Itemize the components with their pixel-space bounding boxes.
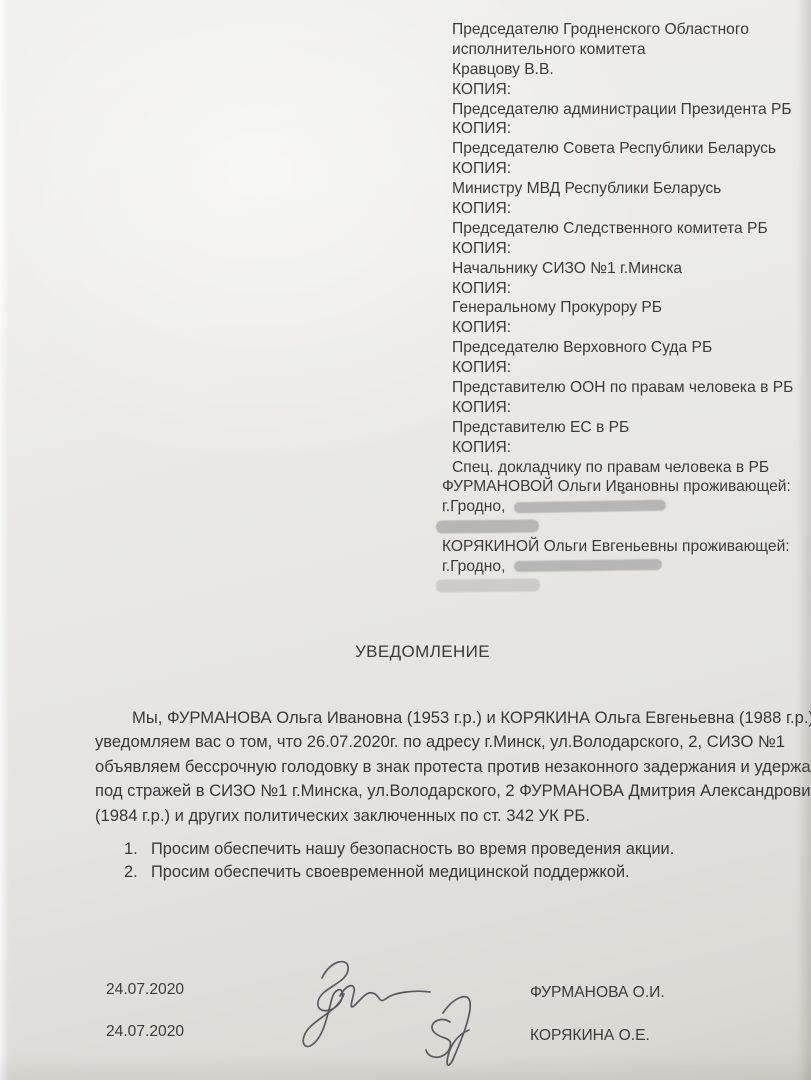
copy-label: КОПИЯ: [452, 358, 793, 378]
request-list: 1.Просим обеспечить нашу безопасность во… [124, 838, 674, 884]
address-line: Представителю ЕС в РБ [452, 418, 793, 438]
address-line: Председателю Следственного комитета РБ [452, 219, 793, 239]
redaction-bar [436, 519, 539, 533]
address-line: Председателю администрации Президента РБ [452, 100, 793, 120]
document-title: УВЕДОМЛЕНИЕ [17, 642, 811, 662]
declarant-city-line: г.Гродно, [442, 557, 793, 577]
copy-label: КОПИЯ: [452, 159, 793, 179]
city-label: г.Гродно, [442, 498, 505, 515]
address-line: Генеральному Прокурору РБ [452, 298, 793, 318]
copy-label: КОПИЯ: [452, 239, 793, 259]
address-line: Спец. докладчику по правам человека в РБ [452, 458, 793, 478]
redacted-address-line [442, 577, 793, 597]
signatory-name: КОРЯКИНА О.Е. [530, 1027, 650, 1045]
ink-speck [621, 491, 625, 494]
body-line: (1984 г.р.) и других политических заключ… [95, 804, 795, 828]
signature-date: 24.07.2020 [106, 1023, 184, 1041]
copy-label: КОПИЯ: [452, 80, 793, 100]
copy-label: КОПИЯ: [452, 279, 793, 299]
body-line: Мы, ФУРМАНОВА Ольга Ивановна (1953 г.р.)… [95, 706, 795, 730]
signatory-name: ФУРМАНОВА О.И. [530, 984, 665, 1002]
address-line: Министру МВД Республики Беларусь [452, 179, 793, 199]
copy-label: КОПИЯ: [452, 438, 793, 458]
list-item: 1.Просим обеспечить нашу безопасность во… [124, 838, 674, 861]
address-line: исполнительного комитета [452, 40, 793, 60]
redaction-bar [436, 579, 540, 593]
list-text: Просим обеспечить нашу безопасность во в… [151, 840, 674, 858]
copy-label: КОПИЯ: [452, 318, 793, 338]
body-line: под стражей в СИЗО №1 г.Минска, ул.Волод… [95, 779, 795, 803]
copy-label: КОПИЯ: [452, 199, 793, 219]
list-number: 2. [124, 861, 151, 884]
city-label: г.Гродно, [442, 558, 505, 575]
recipients-block: Председателю Гродненского Областного исп… [452, 20, 793, 597]
paper-left-edge-highlight [0, 0, 9, 1080]
copy-label: КОПИЯ: [452, 398, 793, 418]
body-line: объявляем бессрочную голодовку в знак пр… [95, 755, 795, 779]
address-line: Председателю Совета Республики Беларусь [452, 139, 793, 159]
list-item: 2.Просим обеспечить своевременной медици… [124, 861, 674, 884]
redacted-address-line [442, 517, 793, 537]
copy-label: КОПИЯ: [452, 119, 793, 139]
paper-right-edge-shadow [796, 0, 811, 1080]
list-number: 1. [124, 838, 151, 861]
redaction-bar [514, 559, 662, 572]
signature-date: 24.07.2020 [106, 981, 184, 999]
signature-furmanova [303, 962, 430, 1047]
paper-bottom-shadow [0, 1054, 811, 1080]
declarant-name-line: ФУРМАНОВОЙ Ольги Ивановны проживающей: [442, 477, 793, 497]
body-paragraph: Мы, ФУРМАНОВА Ольга Ивановна (1953 г.р.)… [95, 706, 795, 828]
list-text: Просим обеспечить своевременной медицинс… [151, 863, 630, 881]
address-line: Начальнику СИЗО №1 г.Минска [452, 259, 793, 279]
body-line: уведомляем вас о том, что 26.07.2020г. п… [95, 730, 795, 754]
address-line: Представителю ООН по правам человека в Р… [452, 378, 793, 398]
document-photo: Председателю Гродненского Областного исп… [0, 0, 811, 1080]
declarant-city-line: г.Гродно, [442, 497, 793, 517]
address-line: Кравцову В.В. [452, 60, 793, 80]
address-line: Председателю Гродненского Областного [452, 20, 793, 40]
redaction-bar [514, 499, 666, 513]
declarant-name-line: КОРЯКИНОЙ Ольги Евгеньевны проживающей: [442, 537, 793, 557]
address-line: Председателю Верховного Суда РБ [452, 338, 793, 358]
